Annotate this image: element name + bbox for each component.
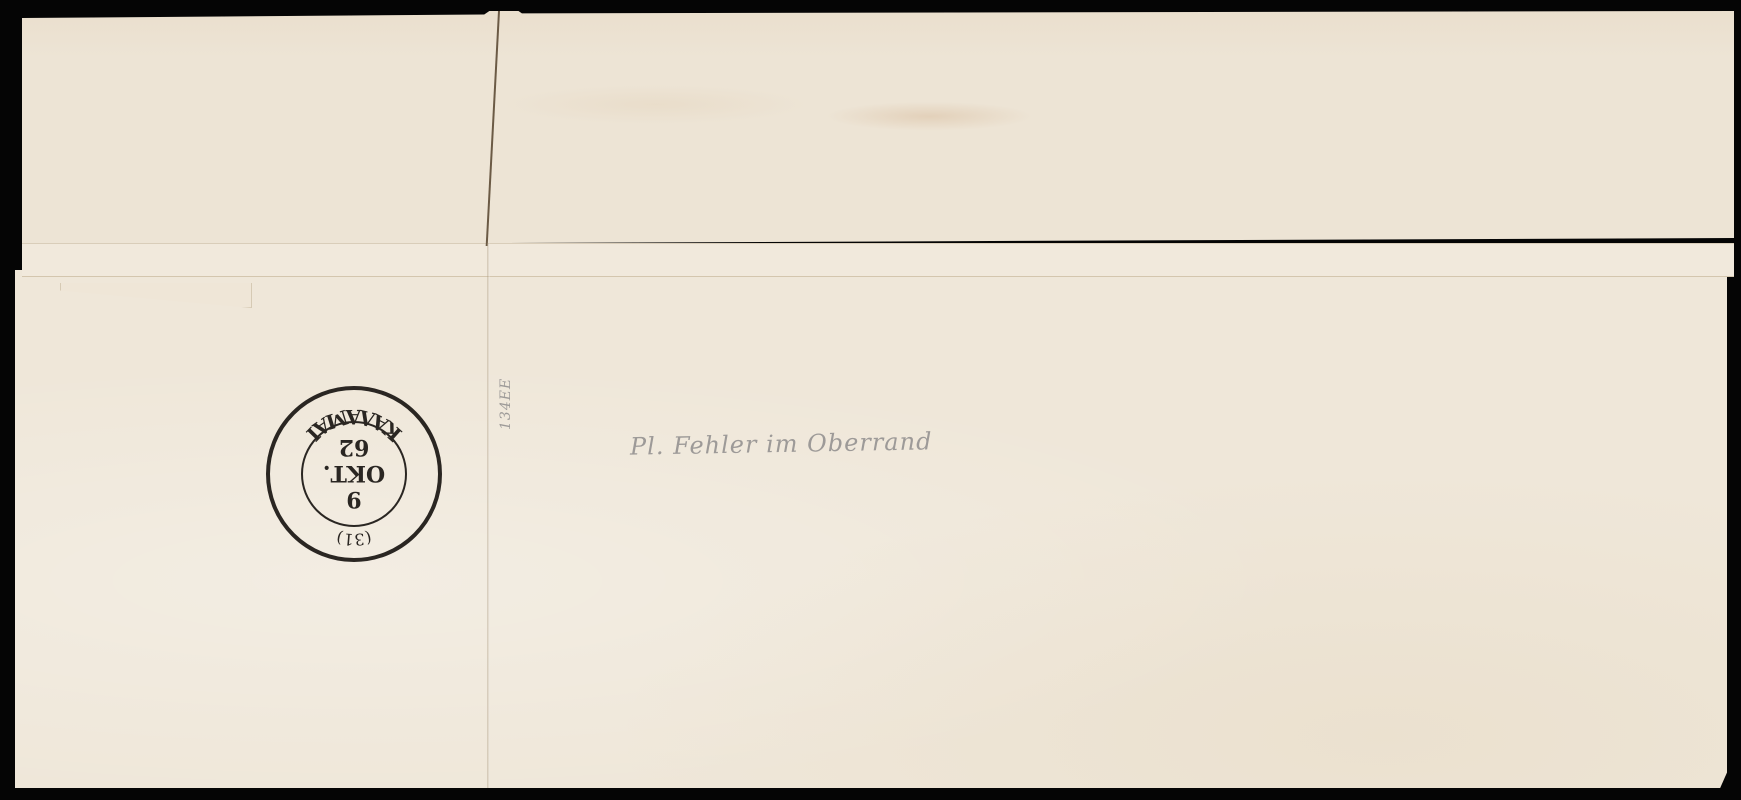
pencil-note: Pl. Fehler im Oberrand <box>630 427 933 460</box>
letter-top-flap <box>22 11 1734 245</box>
postmark-month: ΟΚΤ. <box>323 460 385 486</box>
postmark-year: 62 <box>339 434 370 460</box>
fold-strip <box>22 243 1734 277</box>
postmark-code: (31) <box>334 528 373 549</box>
svg-text:(31): (31) <box>334 528 373 549</box>
postmark-icon: ΚΑΛΑΜΑΙ (31) 9 ΟΚΤ. 62 <box>262 382 446 566</box>
postmark-day: 9 <box>346 486 361 512</box>
vertical-fold-line <box>487 243 490 788</box>
pencil-catalog-code: 134EE <box>498 378 514 430</box>
